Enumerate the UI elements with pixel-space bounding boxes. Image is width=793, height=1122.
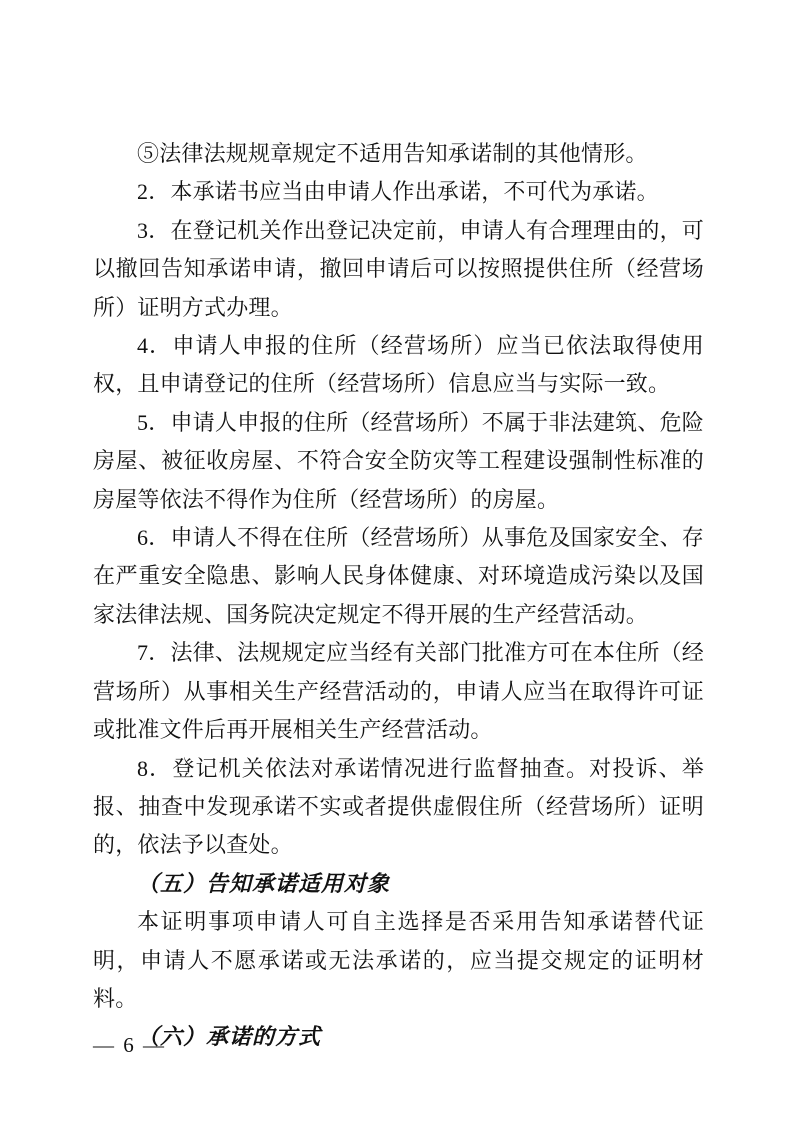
para-clause-7: 7．法律、法规规定应当经有关部门批准方可在本住所（经营场所）从事相关生产经营活动… (93, 634, 704, 749)
para-clause-2: 2．本承诺书应当由申请人作出承诺，不可代为承诺。 (93, 173, 704, 211)
para-clause-5: 5．申请人申报的住所（经营场所）不属于非法建筑、危险房屋、被征收房屋、不符合安全… (93, 404, 704, 519)
para-clause-8: 8．登记机关依法对承诺情况进行监督抽查。对投诉、举报、抽查中发现承诺不实或者提供… (93, 750, 704, 865)
document-body: ⑤法律法规规章规定不适用告知承诺制的其他情形。 2．本承诺书应当由申请人作出承诺… (93, 135, 704, 1057)
para-section-5-body: 本证明事项申请人可自主选择是否采用告知承诺替代证明，申请人不愿承诺或无法承诺的，… (93, 903, 704, 1018)
document-page: ⑤法律法规规章规定不适用告知承诺制的其他情形。 2．本承诺书应当由申请人作出承诺… (0, 0, 793, 1122)
para-other-situations: ⑤法律法规规章规定不适用告知承诺制的其他情形。 (93, 135, 704, 173)
page-number: — 6 — (93, 1031, 166, 1059)
section-heading-6: （六）承诺的方式 (93, 1018, 704, 1056)
section-heading-5: （五）告知承诺适用对象 (93, 865, 704, 903)
para-clause-6: 6．申请人不得在住所（经营场所）从事危及国家安全、存在严重安全隐患、影响人民身体… (93, 519, 704, 634)
para-clause-3: 3．在登记机关作出登记决定前，申请人有合理理由的，可以撤回告知承诺申请，撤回申请… (93, 212, 704, 327)
para-clause-4: 4．申请人申报的住所（经营场所）应当已依法取得使用权，且申请登记的住所（经营场所… (93, 327, 704, 404)
